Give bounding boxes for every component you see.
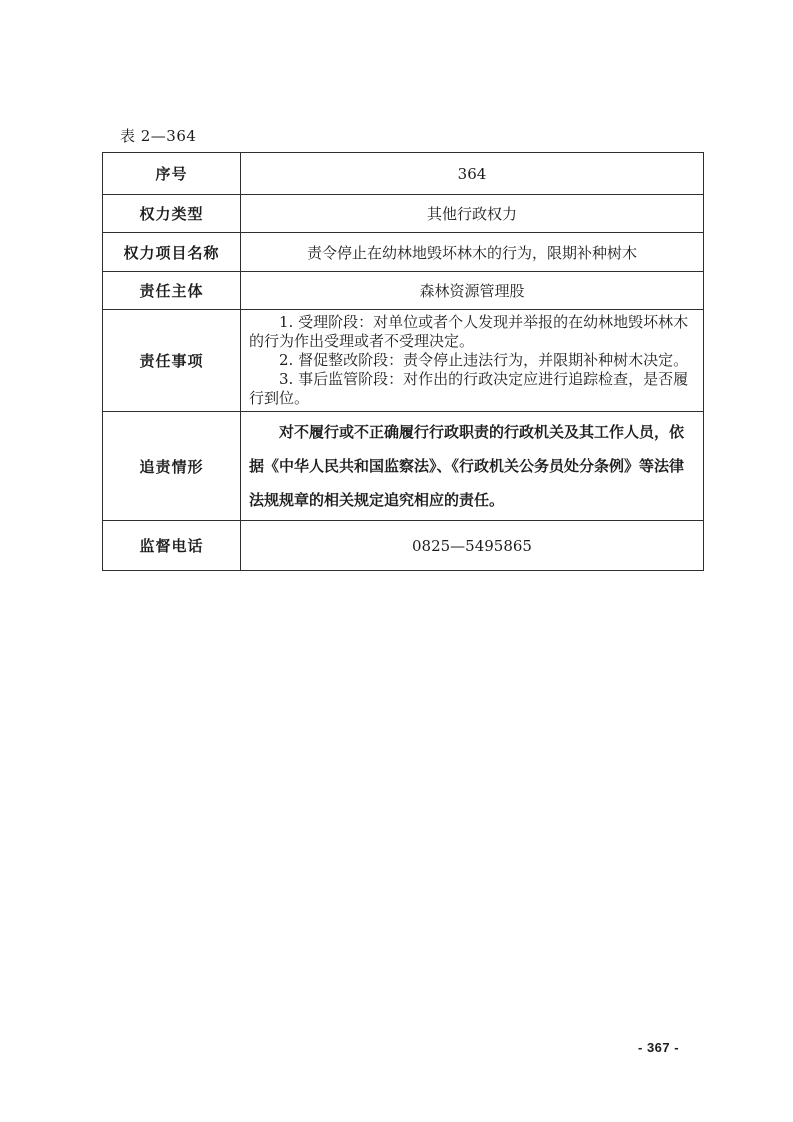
table-caption: 表 2—364 [120,125,196,146]
table-row-power-type: 权力类型 其他行政权力 [103,195,704,233]
accountability-text: 对不履行或不正确履行行政职责的行政机关及其工作人员，依据《中华人民共和国监察法》… [249,415,693,517]
responsibility-item-1: 1. 受理阶段：对单位或者个人发现并举报的在幼林地毁坏林木的行为作出受理或者不受… [249,313,693,351]
accountability-value: 对不履行或不正确履行行政职责的行政机关及其工作人员，依据《中华人民共和国监察法》… [241,412,704,521]
accountability-label: 追责情形 [103,412,241,521]
table-row-accountability: 追责情形 对不履行或不正确履行行政职责的行政机关及其工作人员，依据《中华人民共和… [103,412,704,521]
responsibility-items-label: 责任事项 [103,310,241,412]
power-type-label: 权力类型 [103,195,241,233]
responsible-entity-label: 责任主体 [103,272,241,310]
table-row-responsible-entity: 责任主体 森林资源管理股 [103,272,704,310]
responsibility-item-3: 3. 事后监管阶段：对作出的行政决定应进行追踪检查，是否履行到位。 [249,370,693,408]
supervision-phone-value: 0825—5495865 [241,521,704,571]
table-row-power-item-name: 权力项目名称 责令停止在幼林地毁坏林木的行为，限期补种树木 [103,233,704,272]
table-row-supervision-phone: 监督电话 0825—5495865 [103,521,704,571]
responsibility-items-value: 1. 受理阶段：对单位或者个人发现并举报的在幼林地毁坏林木的行为作出受理或者不受… [241,310,704,412]
responsible-entity-value: 森林资源管理股 [241,272,704,310]
power-type-value: 其他行政权力 [241,195,704,233]
document-page: 表 2—364 序号 364 权力类型 其他行政权力 权力项目名称 责令停止在幼… [0,0,793,1122]
table-row-responsibility-items: 责任事项 1. 受理阶段：对单位或者个人发现并举报的在幼林地毁坏林木的行为作出受… [103,310,704,412]
serial-number-label: 序号 [103,153,241,195]
table-row-serial-number: 序号 364 [103,153,704,195]
power-item-name-label: 权力项目名称 [103,233,241,272]
responsibility-table: 序号 364 权力类型 其他行政权力 权力项目名称 责令停止在幼林地毁坏林木的行… [102,152,704,571]
page-number: - 367 - [638,1040,679,1055]
serial-number-value: 364 [241,153,704,195]
responsibility-item-2: 2. 督促整改阶段：责令停止违法行为，并限期补种树木决定。 [249,351,693,370]
power-item-name-value: 责令停止在幼林地毁坏林木的行为，限期补种树木 [241,233,704,272]
supervision-phone-label: 监督电话 [103,521,241,571]
